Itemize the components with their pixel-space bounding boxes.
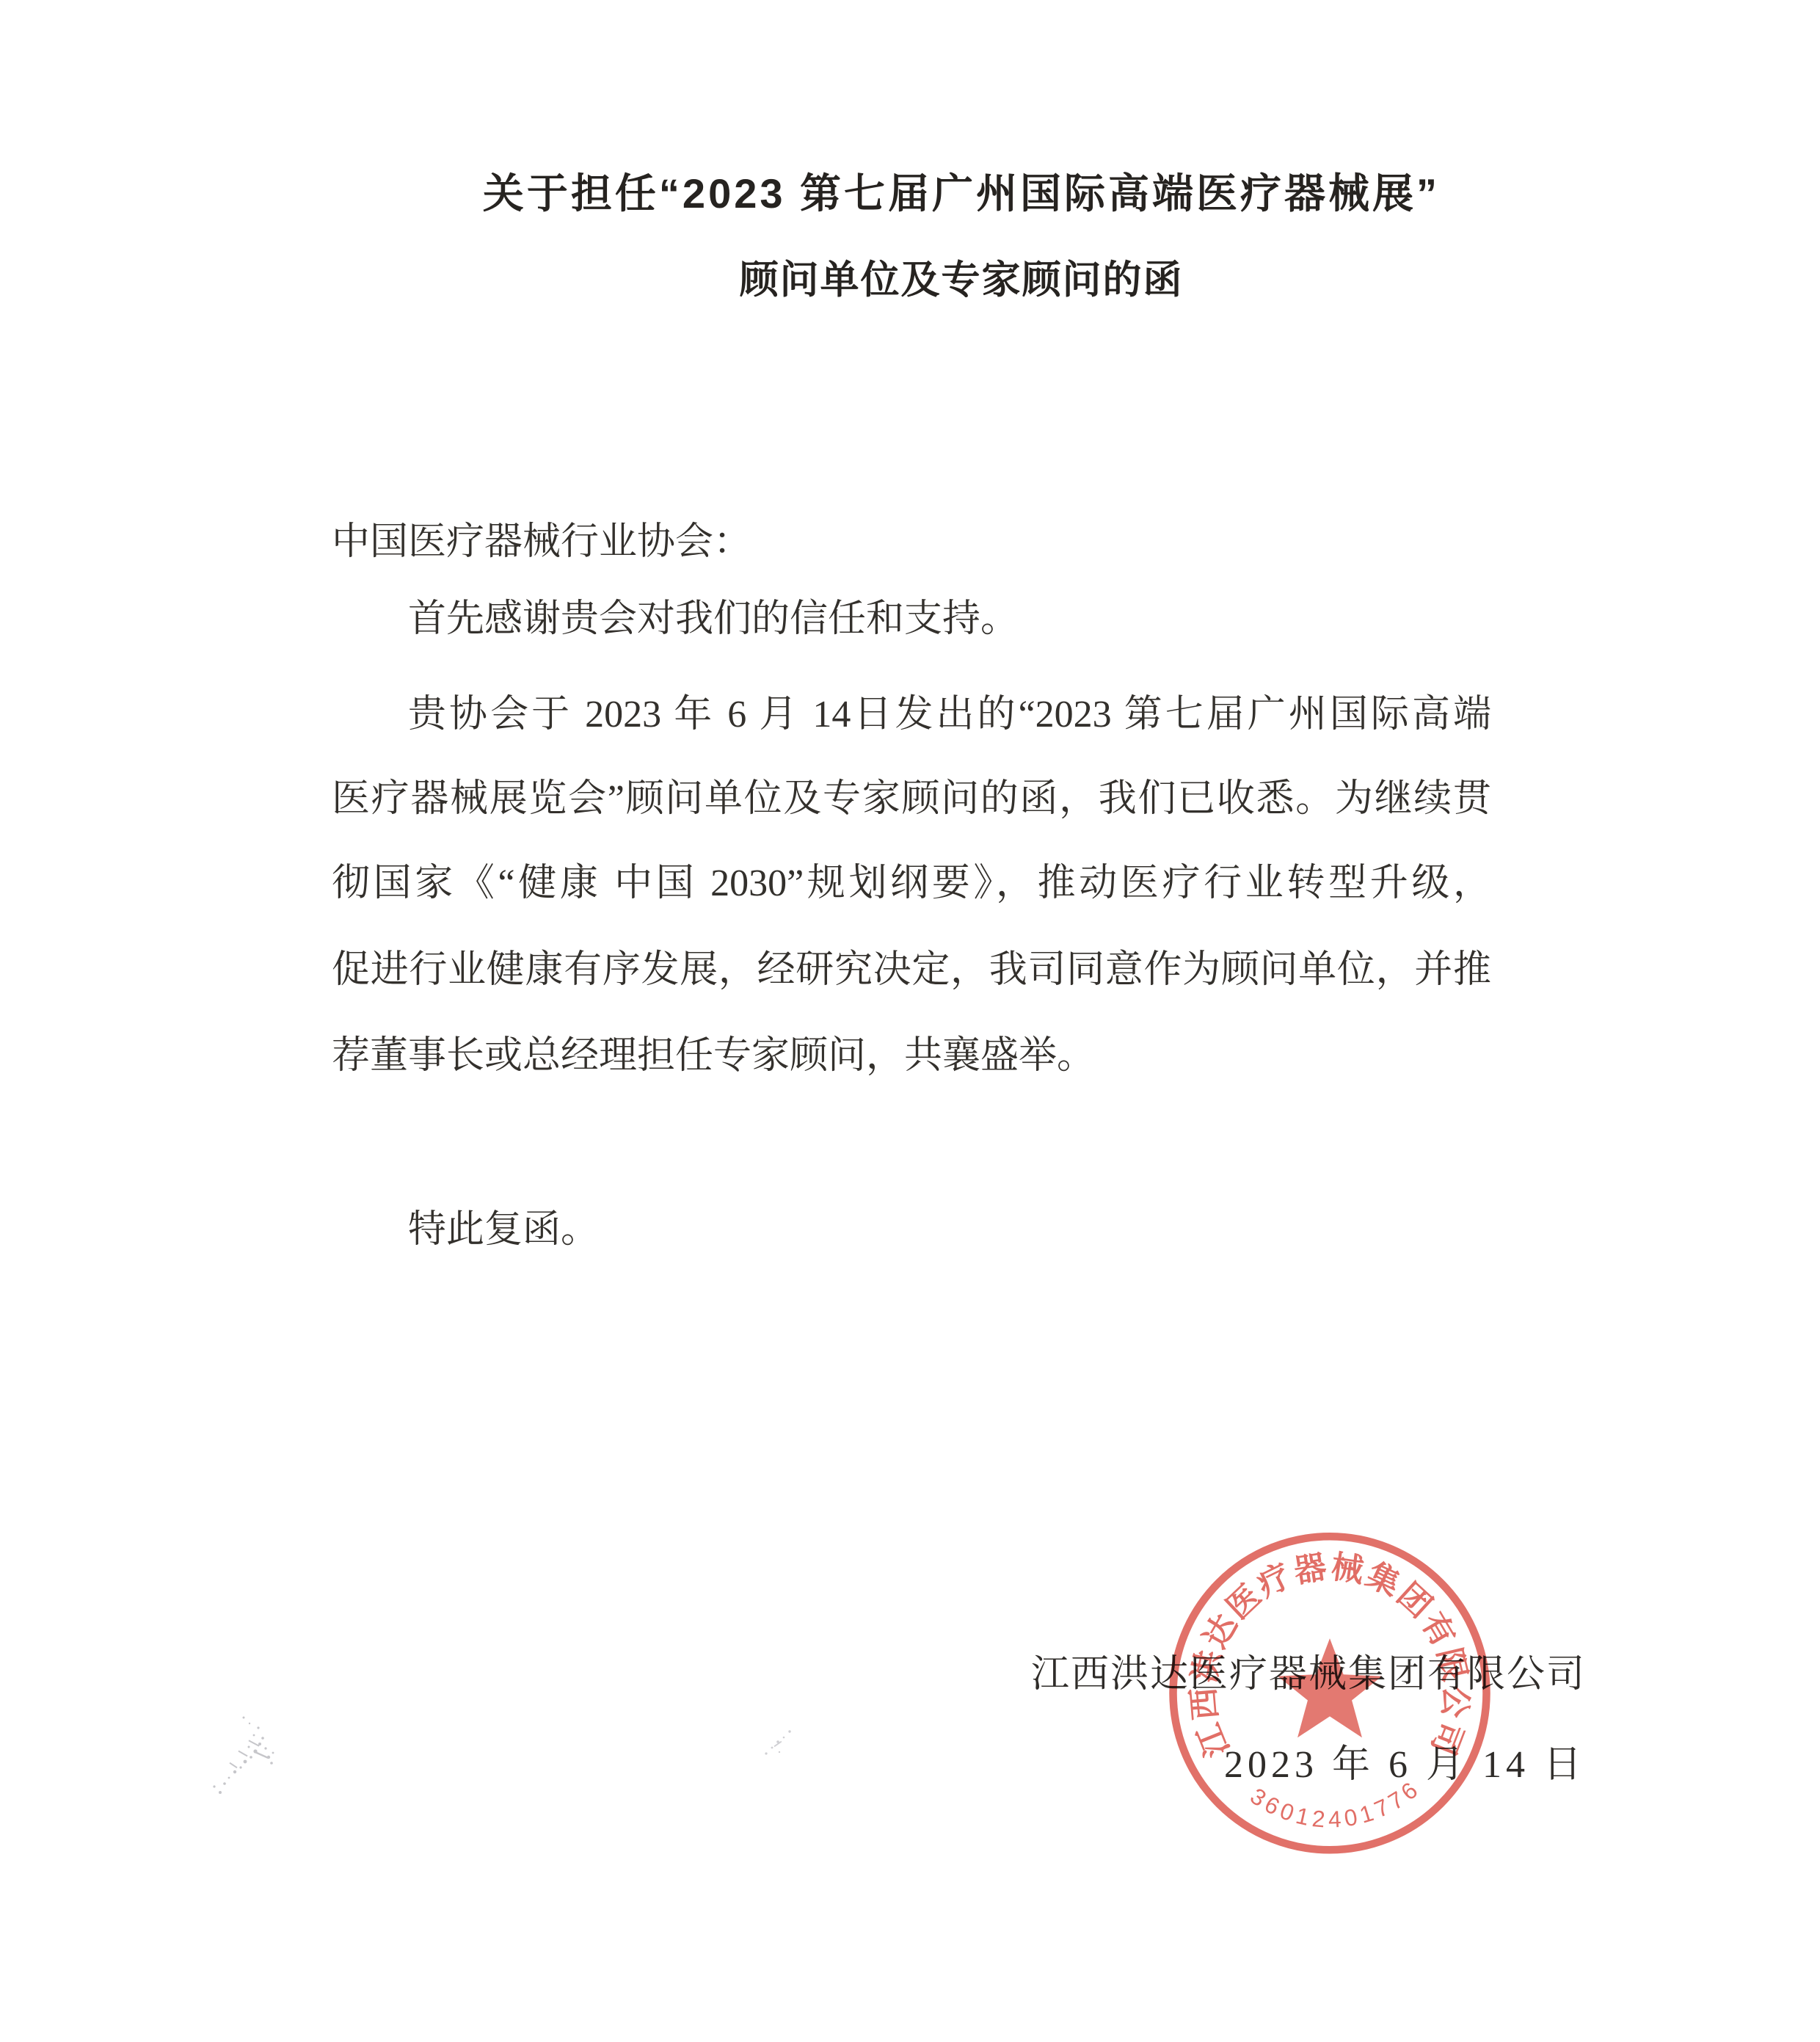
paragraph-1: 首先感谢贵会对我们的信任和支持。 xyxy=(332,597,1491,642)
closing-phrase: 特此复函。 xyxy=(332,1208,1491,1252)
company-seal-stamp: 江西洪达医疗器械集团有限公司 3601240177630 xyxy=(1149,1511,1510,1872)
paragraph-2-line-5: 荐董事长或总经理担任专家顾问，共襄盛举。 xyxy=(332,1034,1491,1078)
red-star-icon xyxy=(1278,1638,1382,1737)
salutation: 中国医疗器械行业协会： xyxy=(332,520,1491,564)
letter-title-line-2: 顾问单位及专家顾问的函 xyxy=(51,249,1820,305)
paragraph-2-line-4: 促进行业健康有序发展，经研究决定，我司同意作为顾问单位，并推 xyxy=(332,948,1491,992)
pencil-smudge-left xyxy=(207,1710,288,1802)
letter-page: 关于担任“2023 第七届广州国际高端医疗器械展” 顾问单位及专家顾问的函 中国… xyxy=(0,0,1820,2042)
paragraph-2-line-3: 彻国家《“健康 中国 2030”规划纲要》，推动医疗行业转型升级， xyxy=(332,862,1491,906)
paragraph-2-line-1: 贵协会于 2023 年 6 月 14日发出的“2023 第七届广州国际高端 xyxy=(332,693,1491,737)
letter-title-line-1: 关于担任“2023 第七届广州国际高端医疗器械展” xyxy=(51,161,1820,220)
paragraph-2-line-2: 医疗器械展览会”顾问单位及专家顾问的函，我们已收悉。为继续贯 xyxy=(332,777,1491,821)
pencil-smudge-small xyxy=(757,1721,803,1767)
